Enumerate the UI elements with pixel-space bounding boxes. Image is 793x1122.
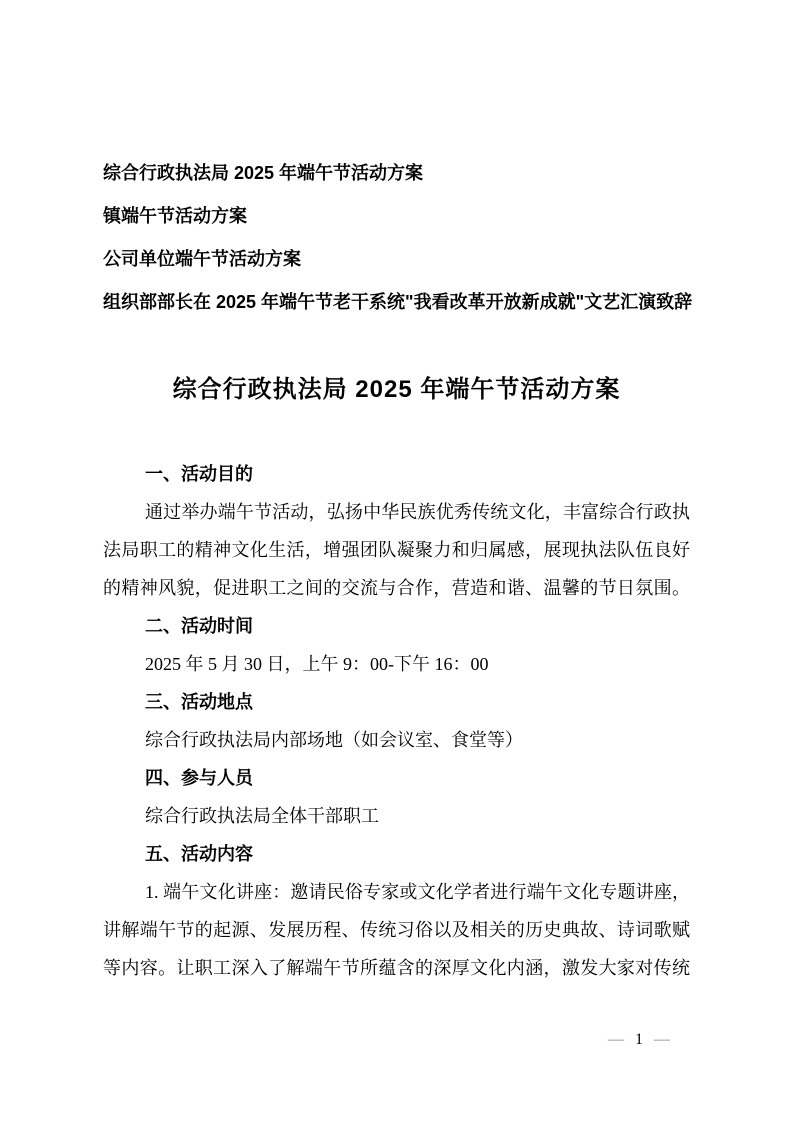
page-number-dash-left: — (608, 1031, 624, 1048)
section-heading-content: 五、活动内容 (103, 835, 690, 873)
purpose-line-3: 的精神风貌，促进职工之间的交流与合作，营造和谐、温馨的节日氛围。 (103, 569, 690, 607)
page-number: —1— (103, 1032, 690, 1048)
document-title: 综合行政执法局 2025 年端午节活动方案 (103, 370, 690, 409)
page-number-dash-right: — (654, 1031, 670, 1048)
purpose-line-1: 通过举办端午节活动，弘扬中华民族优秀传统文化，丰富综合行政执 (103, 493, 690, 531)
related-link-3: 公司单位端午节活动方案 (103, 238, 690, 281)
related-links-list: 综合行政执法局 2025 年端午节活动方案 镇端午节活动方案 公司单位端午节活动… (103, 152, 690, 324)
document-body: 一、活动目的 通过举办端午节活动，弘扬中华民族优秀传统文化，丰富综合行政执 法局… (103, 455, 690, 987)
location-text: 综合行政执法局内部场地（如会议室、食堂等） (103, 721, 690, 759)
document-page: 综合行政执法局 2025 年端午节活动方案 镇端午节活动方案 公司单位端午节活动… (0, 0, 793, 1122)
related-link-1: 综合行政执法局 2025 年端午节活动方案 (103, 152, 690, 195)
participants-text: 综合行政执法局全体干部职工 (103, 797, 690, 835)
page-number-value: 1 (635, 1031, 643, 1048)
section-heading-participants: 四、参与人员 (103, 759, 690, 797)
time-text: 2025 年 5 月 30 日，上午 9：00-下午 16：00 (103, 645, 690, 683)
purpose-line-2: 法局职工的精神文化生活，增强团队凝聚力和归属感，展现执法队伍良好 (103, 531, 690, 569)
content-line-1: 1. 端午文化讲座：邀请民俗专家或文化学者进行端午文化专题讲座， (103, 873, 690, 911)
section-heading-time: 二、活动时间 (103, 607, 690, 645)
related-link-2: 镇端午节活动方案 (103, 195, 690, 238)
section-heading-purpose: 一、活动目的 (103, 455, 690, 493)
section-heading-location: 三、活动地点 (103, 683, 690, 721)
related-link-4: 组织部部长在 2025 年端午节老干系统"我看改革开放新成就"文艺汇演致辞 (103, 281, 690, 324)
content-line-3: 等内容。让职工深入了解端午节所蕴含的深厚文化内涵，激发大家对传统 (103, 949, 690, 987)
content-line-2: 讲解端午节的起源、发展历程、传统习俗以及相关的历史典故、诗词歌赋 (103, 911, 690, 949)
